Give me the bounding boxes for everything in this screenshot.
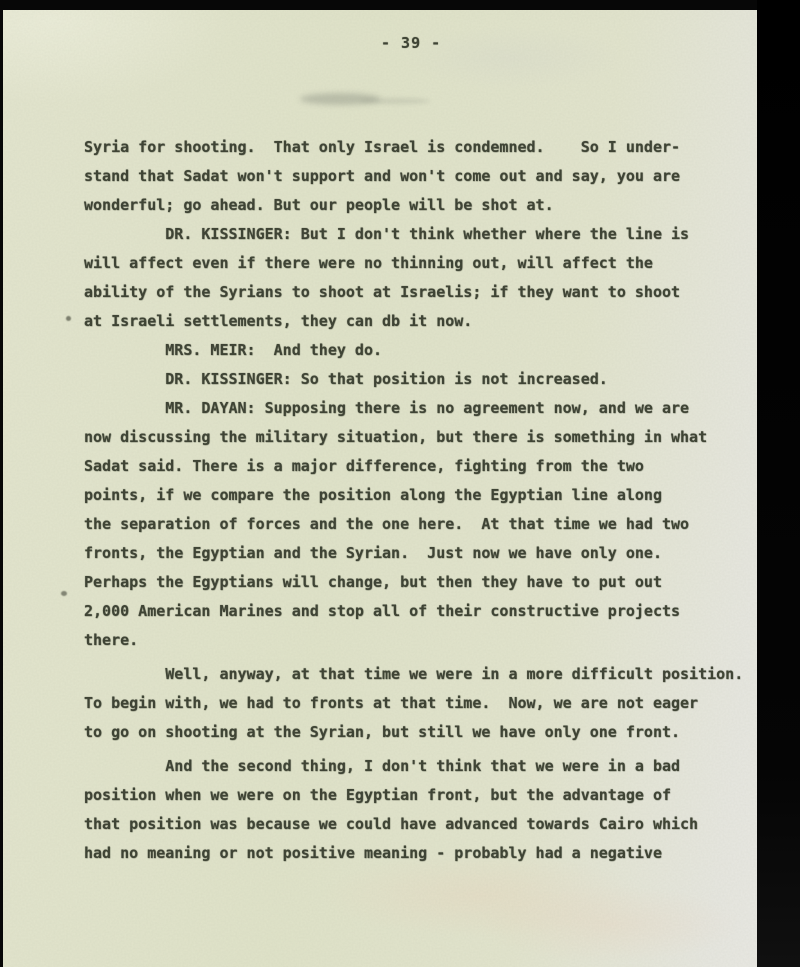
scanned-page: - 39 - Syria for shooting. That only Isr… [0,0,800,967]
text-line: now discussing the military situation, b… [84,423,764,452]
text-line: To begin with, we had to fronts at that … [84,689,764,718]
text-line: points, if we compare the position along… [84,481,764,510]
document-text: Syria for shooting. That only Israel is … [84,133,764,868]
text-line: ability of the Syrians to shoot at Israe… [84,278,764,307]
scan-smudge-tail [360,98,430,104]
text-line: MR. DAYAN: Supposing there is no agreeme… [84,394,764,423]
text-line: will affect even if there were no thinni… [84,249,764,278]
scan-border-left [0,0,3,967]
text-line: MRS. MEIR: And they do. [84,336,764,365]
text-line: had no meaning or not positive meaning -… [84,839,764,868]
text-line: Syria for shooting. That only Israel is … [84,133,764,162]
text-line: wonderful; go ahead. But our people will… [84,191,764,220]
text-line: fronts, the Egyptian and the Syrian. Jus… [84,539,764,568]
text-line: Well, anyway, at that time we were in a … [84,660,764,689]
scan-border-top [0,0,800,10]
text-line: DR. KISSINGER: So that position is not i… [84,365,764,394]
text-line: Perhaps the Egyptians will change, but t… [84,568,764,597]
scan-speck [66,316,71,321]
text-line: position when we were on the Egyptian fr… [84,781,764,810]
text-line: that position was because we could have … [84,810,764,839]
text-line: DR. KISSINGER: But I don't think whether… [84,220,764,249]
page-number: - 39 - [381,34,441,52]
text-line: 2,000 American Marines and stop all of t… [84,597,764,626]
scan-speck [61,591,67,596]
text-line: Sadat said. There is a major difference,… [84,452,764,481]
text-line: to go on shooting at the Syrian, but sti… [84,718,764,747]
text-line: there. [84,626,764,655]
text-line: the separation of forces and the one her… [84,510,764,539]
text-line: And the second thing, I don't think that… [84,752,764,781]
text-line: at Israeli settlements, they can db it n… [84,307,764,336]
text-line: stand that Sadat won't support and won't… [84,162,764,191]
